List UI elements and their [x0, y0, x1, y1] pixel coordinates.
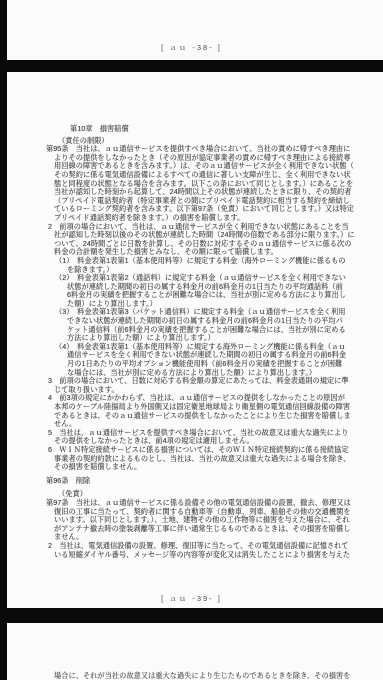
letterbox-left-bar [0, 0, 7, 680]
document-line: がアンテナ撤去時の塗装剥離等工事に伴い通常生じるものであるときは、その損害を賠償… [46, 525, 357, 534]
page-39: 第10章 損害賠償（責任の制限）第95条 当社は、ａｕ通信サービスを提供すべき場… [0, 72, 383, 608]
page-separator-bar [0, 608, 383, 623]
document-line: その損害を賠償しません。 [46, 463, 357, 472]
page-number-marker-38: [ ａｕ -38- ] [0, 42, 383, 53]
document-line: 第96条 削除 [46, 477, 357, 486]
page-40-fragment: 場合に、それが当社の故意又は重大な過失により生じたものであるときを除き、その損害… [0, 623, 383, 680]
page-38-fragment: [ ａｕ -38- ] [0, 0, 383, 60]
clipped-text-line: 場合に、それが当社の故意又は重大な過失により生じたものであるときを除き、その損害… [54, 672, 363, 680]
document-line: であるときは、そのａｕ通信サービスの提供をしなかったことにより生じた損害を賠償し… [46, 412, 357, 421]
document-text-body: 第10章 損害賠償（責任の制限）第95条 当社は、ａｕ通信サービスを提供すべき場… [46, 125, 357, 559]
page-separator-bar [0, 60, 383, 72]
document-viewer: [ ａｕ -38- ] 第10章 損害賠償（責任の制限）第95条 当社は、ａｕ通… [0, 0, 383, 680]
document-line: 第10章 損害賠償 [46, 125, 357, 134]
page-number-marker-39: [ ａｕ -39- ] [0, 593, 383, 604]
document-line: いる短縮ダイヤル番号、メッセージ等の内容等が変化又は消失したことにより損害を与え… [46, 551, 357, 560]
